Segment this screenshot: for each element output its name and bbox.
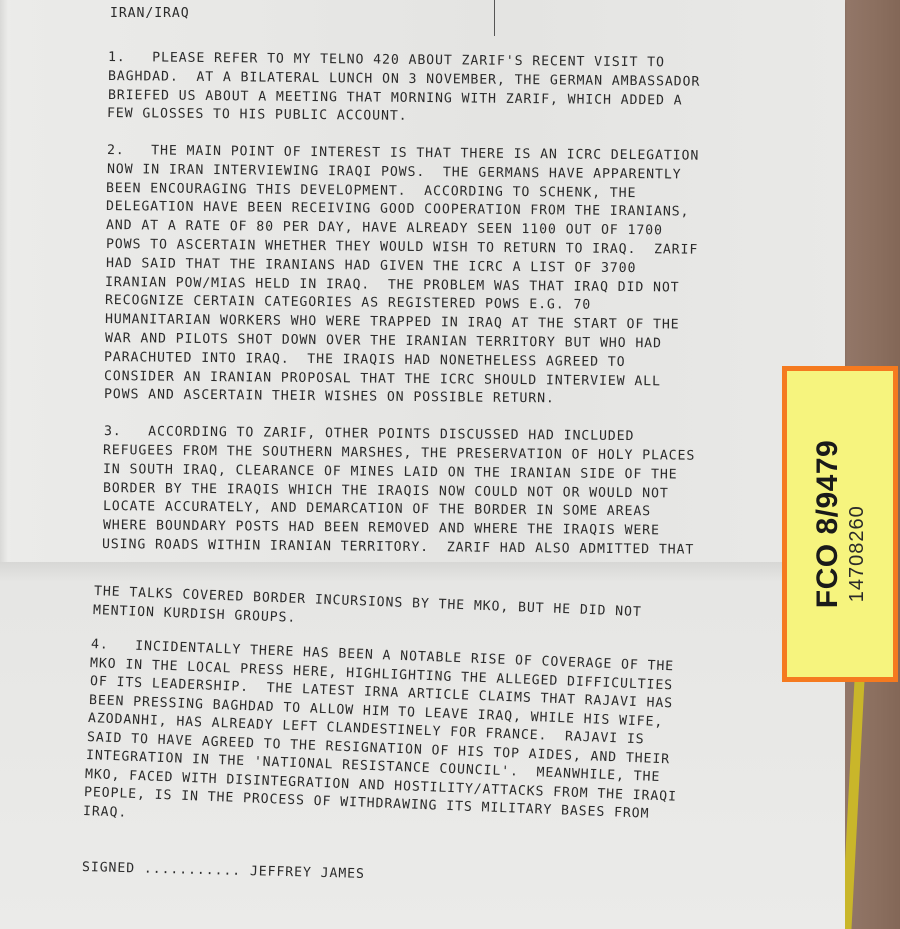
document-line: WAR AND PILOTS SHOT DOWN OVER THE IRANIA… xyxy=(105,331,662,352)
document-line: 1. PLEASE REFER TO MY TELNO 420 ABOUT ZA… xyxy=(108,50,665,71)
document-line: FEW GLOSSES TO HIS PUBLIC ACCOUNT. xyxy=(107,106,408,125)
document-line: HAD SAID THAT THE IRANIANS HAD GIVEN THE… xyxy=(106,256,637,277)
archive-number: 14708260 xyxy=(845,440,869,608)
document-line: BEEN ENCOURAGING THIS DEVELOPMENT. ACCOR… xyxy=(106,181,637,202)
archive-label-content: FCO 8/9479 14708260 xyxy=(811,440,869,608)
fold-mark xyxy=(494,0,495,36)
document-line: RECOGNIZE CERTAIN CATEGORIES AS REGISTER… xyxy=(105,293,591,314)
document-line: LOCATE ACCURATELY, AND DEMARCATION OF TH… xyxy=(103,499,651,520)
document-line: IN SOUTH IRAQ, CLEARANCE OF MINES LAID O… xyxy=(103,462,678,484)
document-line: NOW IN IRAN INTERVIEWING IRAQI POWS. THE… xyxy=(107,162,682,184)
document-line: IRAQ. xyxy=(83,804,128,822)
document-line: BORDER BY THE IRAQIS WHICH THE IRAQIS NO… xyxy=(103,481,669,502)
document-line: DELEGATION HAVE BEEN RECEIVING GOOD COOP… xyxy=(106,199,690,221)
archive-reference: FCO 8/9479 xyxy=(811,440,845,608)
document-line: PARACHUTED INTO IRAQ. THE IRAQIS HAD NON… xyxy=(104,350,626,371)
document-line: 3. ACCORDING TO ZARIF, OTHER POINTS DISC… xyxy=(104,424,635,445)
document-line: POWS AND ASCERTAIN THEIR WISHES ON POSSI… xyxy=(104,387,555,407)
document-line: USING ROADS WITHIN IRANIAN TERRITORY. ZA… xyxy=(102,537,694,559)
document-line: 2. THE MAIN POINT OF INTEREST IS THAT TH… xyxy=(107,143,699,165)
document-line: HUMANITARIAN WORKERS WHO WERE TRAPPED IN… xyxy=(105,312,680,334)
document-heading: IRAN/IRAQ xyxy=(110,6,190,22)
document-page-top: IRAN/IRAQ 1. PLEASE REFER TO MY TELNO 42… xyxy=(0,0,845,562)
document-line: POWS TO ASCERTAIN WHETHER THEY WOULD WIS… xyxy=(106,237,698,259)
document-line: REFUGEES FROM THE SOUTHERN MARSHES, THE … xyxy=(103,443,695,465)
document-line: BAGHDAD. AT A BILATERAL LUNCH ON 3 NOVEM… xyxy=(108,69,700,91)
archive-label: FCO 8/9479 14708260 xyxy=(782,366,898,682)
document-line: WHERE BOUNDARY POSTS HAD BEEN REMOVED AN… xyxy=(102,518,659,539)
document-page-bottom: THE TALKS COVERED BORDER INCURSIONS BY T… xyxy=(0,562,845,929)
document-line: AND AT A RATE OF 80 PER DAY, HAVE ALREAD… xyxy=(106,218,663,239)
signature-line: SIGNED ........... JEFFREY JAMES xyxy=(82,860,365,883)
document-line: CONSIDER AN IRANIAN PROPOSAL THAT THE IC… xyxy=(104,369,661,390)
